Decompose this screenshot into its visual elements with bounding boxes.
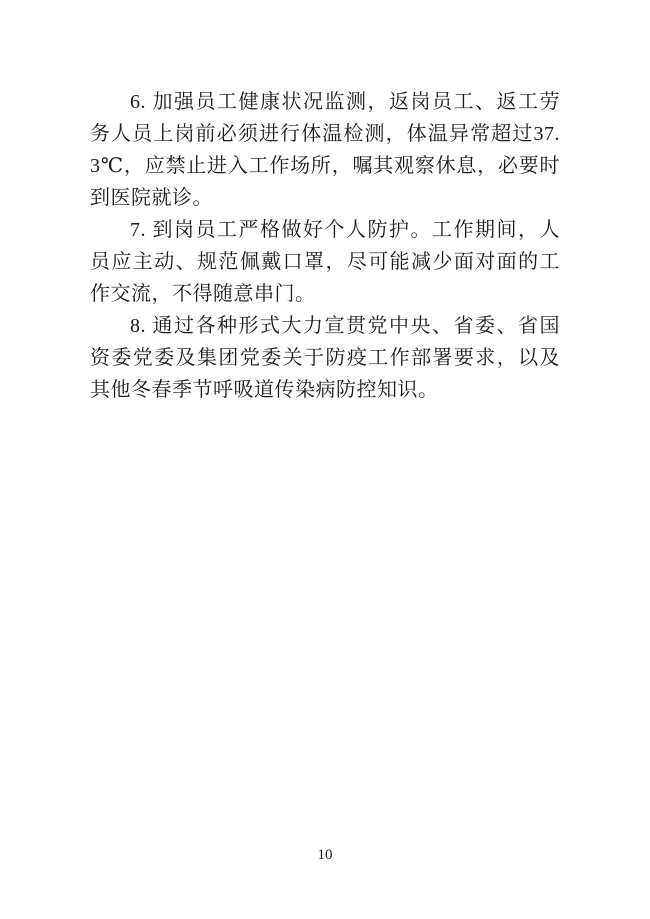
- paragraph-item-6: 6. 加强员工健康状况监测，返岗员工、返工劳务人员上岗前必须进行体温检测，体温异…: [90, 86, 560, 214]
- document-body: 6. 加强员工健康状况监测，返岗员工、返工劳务人员上岗前必须进行体温检测，体温异…: [90, 86, 560, 406]
- paragraph-item-7: 7. 到岗员工严格做好个人防护。工作期间，人员应主动、规范佩戴口罩，尽可能减少面…: [90, 214, 560, 310]
- document-page: 6. 加强员工健康状况监测，返岗员工、返工劳务人员上岗前必须进行体温检测，体温异…: [0, 0, 650, 919]
- page-number: 10: [0, 845, 650, 865]
- paragraph-item-8: 8. 通过各种形式大力宣贯党中央、省委、省国资委党委及集团党委关于防疫工作部署要…: [90, 310, 560, 406]
